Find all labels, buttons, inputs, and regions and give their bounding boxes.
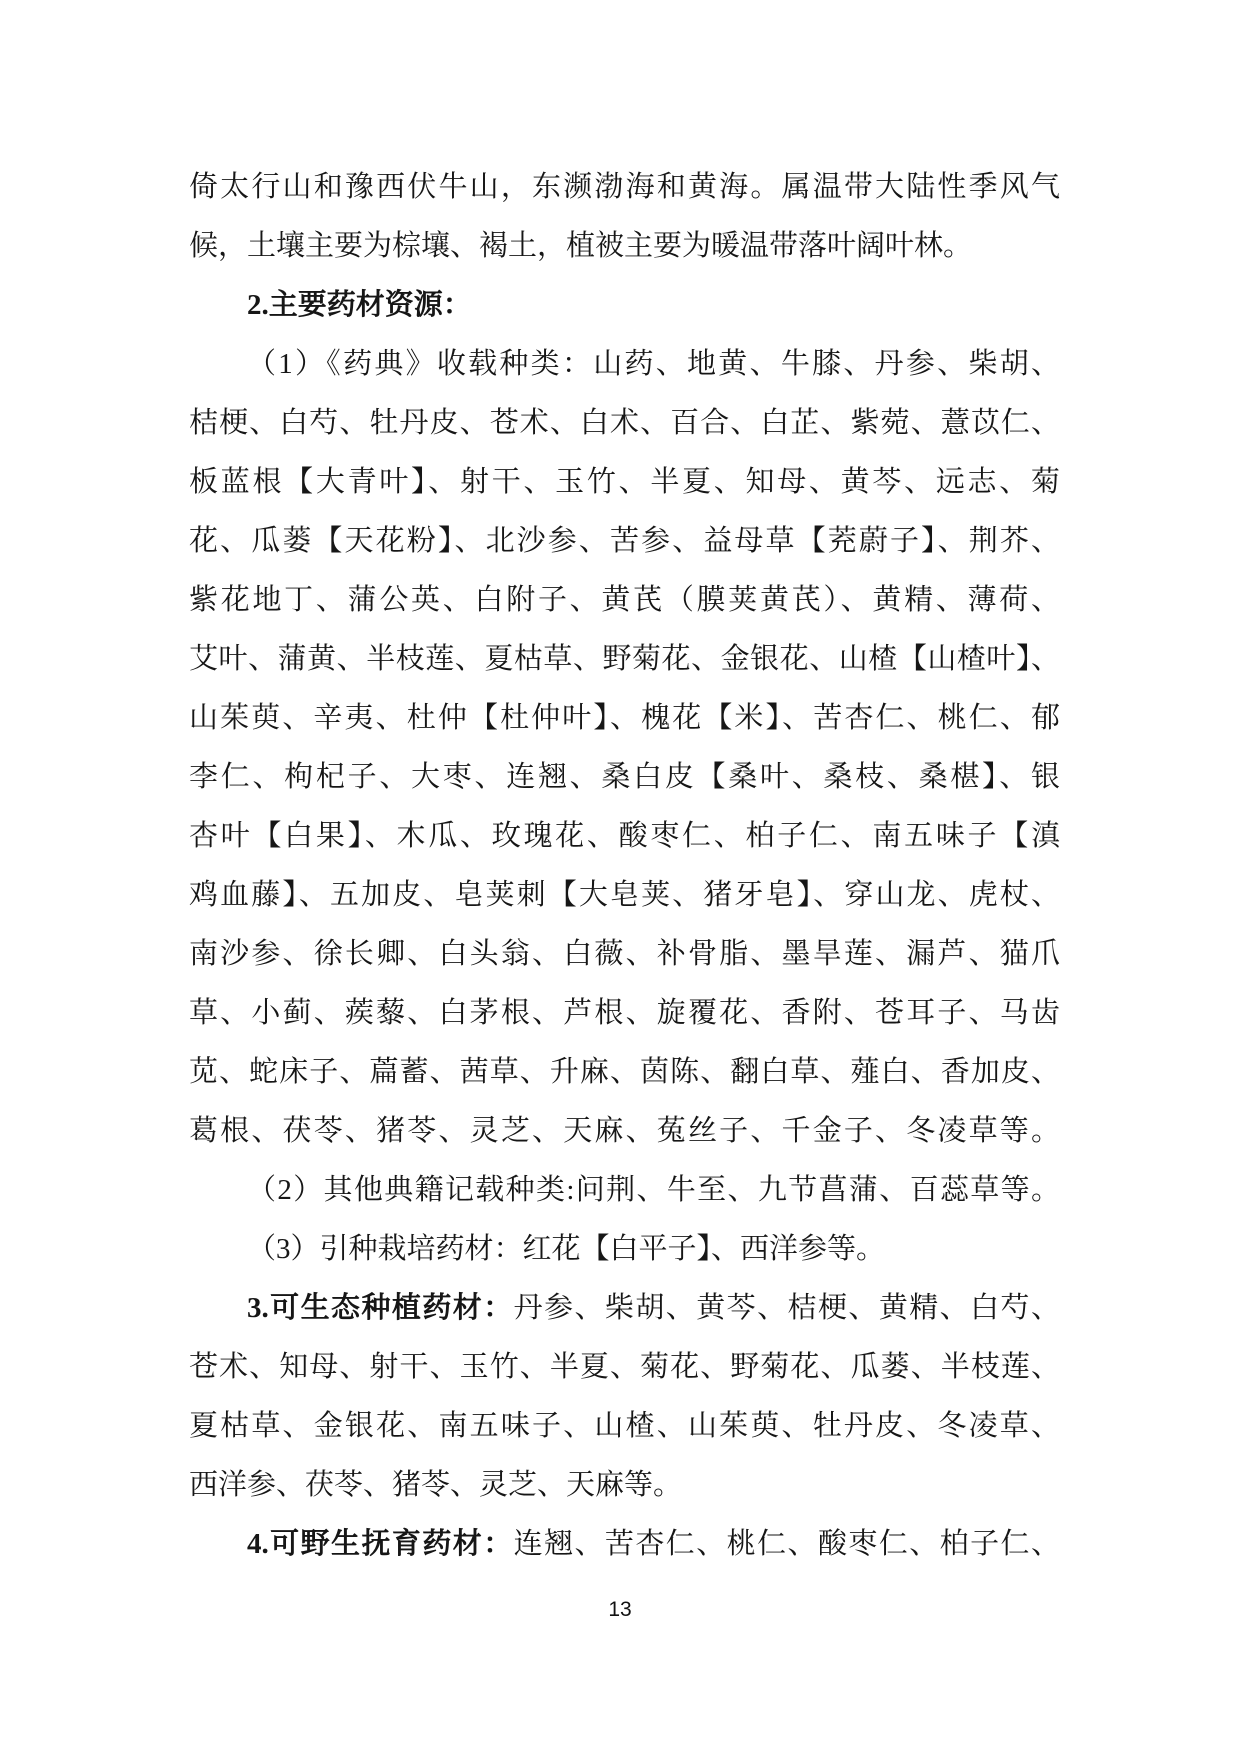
body-text: 草、小蓟、蒺藜、白茅根、芦根、旋覆花、香附、苍耳子、马齿 (189, 997, 1060, 1029)
text-line: 2.主要药材资源： (189, 276, 1060, 335)
text-line: 倚太行山和豫西伏牛山，东濒渤海和黄海。属温带大陆性季风气 (189, 158, 1060, 217)
text-line: 李仁、枸杞子、大枣、连翘、桑白皮【桑叶、桑枝、桑椹】、银 (189, 748, 1060, 807)
body-text: 紫花地丁、蒲公英、白附子、黄芪（膜荚黄芪）、黄精、薄荷、 (189, 584, 1060, 616)
body-text: （2）其他典籍记载种类:问荆、牛至、九节菖蒲、百蕊草等。 (247, 1174, 1060, 1206)
body-text: 南沙参、徐长卿、白头翁、白薇、补骨脂、墨旱莲、漏芦、猫爪 (189, 938, 1060, 970)
body-text: 候，土壤主要为棕壤、褐土，植被主要为暖温带落叶阔叶林。 (189, 230, 972, 262)
text-line: 候，土壤主要为棕壤、褐土，植被主要为暖温带落叶阔叶林。 (189, 217, 1060, 276)
text-line: 杏叶【白果】、木瓜、玫瑰花、酸枣仁、柏子仁、南五味子【滇 (189, 807, 1060, 866)
text-line: 紫花地丁、蒲公英、白附子、黄芪（膜荚黄芪）、黄精、薄荷、 (189, 571, 1060, 630)
text-line: 苍术、知母、射干、玉竹、半夏、菊花、野菊花、瓜蒌、半枝莲、 (189, 1338, 1060, 1397)
body-text: 李仁、枸杞子、大枣、连翘、桑白皮【桑叶、桑枝、桑椹】、银 (189, 761, 1060, 793)
text-line: 4.可野生抚育药材：连翘、苦杏仁、桃仁、酸枣仁、柏子仁、 (189, 1515, 1060, 1574)
body-text: （3）引种栽培药材：红花【白平子】、西洋参等。 (247, 1233, 885, 1265)
text-line: （1）《药典》收载种类：山药、地黄、牛膝、丹参、柴胡、 (189, 335, 1060, 394)
text-line: 花、瓜蒌【天花粉】、北沙参、苦参、益母草【茺蔚子】、荆芥、 (189, 512, 1060, 571)
body-text: 鸡血藤】、五加皮、皂荚刺【大皂荚、猪牙皂】、穿山龙、虎杖、 (189, 879, 1060, 911)
document-body: 倚太行山和豫西伏牛山，东濒渤海和黄海。属温带大陆性季风气候，土壤主要为棕壤、褐土… (189, 158, 1060, 1574)
body-text: 桔梗、白芍、牡丹皮、苍术、白术、百合、白芷、紫菀、薏苡仁、 (189, 407, 1060, 439)
body-text: 苋、蛇床子、萹蓄、茜草、升麻、茵陈、翻白草、薤白、香加皮、 (189, 1056, 1060, 1088)
text-line: 葛根、茯苓、猪苓、灵芝、天麻、菟丝子、千金子、冬凌草等。 (189, 1102, 1060, 1161)
text-line: 艾叶、蒲黄、半枝莲、夏枯草、野菊花、金银花、山楂【山楂叶】、 (189, 630, 1060, 689)
body-text: 葛根、茯苓、猪苓、灵芝、天麻、菟丝子、千金子、冬凌草等。 (189, 1115, 1060, 1147)
heading-text: 4.可野生抚育药材： (247, 1528, 514, 1560)
body-text: 西洋参、茯苓、猪苓、灵芝、天麻等。 (189, 1469, 682, 1501)
text-line: （3）引种栽培药材：红花【白平子】、西洋参等。 (189, 1220, 1060, 1279)
body-text: 连翘、苦杏仁、桃仁、酸枣仁、柏子仁、 (514, 1528, 1060, 1560)
heading-text: 2.主要药材资源： (247, 289, 472, 321)
body-text: 花、瓜蒌【天花粉】、北沙参、苦参、益母草【茺蔚子】、荆芥、 (189, 525, 1060, 557)
text-line: 山茱萸、辛夷、杜仲【杜仲叶】、槐花【米】、苦杏仁、桃仁、郁 (189, 689, 1060, 748)
heading-text: 3.可生态种植药材： (247, 1292, 514, 1324)
text-line: 西洋参、茯苓、猪苓、灵芝、天麻等。 (189, 1456, 1060, 1515)
text-line: 南沙参、徐长卿、白头翁、白薇、补骨脂、墨旱莲、漏芦、猫爪 (189, 925, 1060, 984)
body-text: 艾叶、蒲黄、半枝莲、夏枯草、野菊花、金银花、山楂【山楂叶】、 (189, 643, 1060, 675)
body-text: 板蓝根【大青叶】、射干、玉竹、半夏、知母、黄芩、远志、菊 (189, 466, 1060, 498)
body-text: 夏枯草、金银花、南五味子、山楂、山茱萸、牡丹皮、冬凌草、 (189, 1410, 1060, 1442)
body-text: （1）《药典》收载种类：山药、地黄、牛膝、丹参、柴胡、 (247, 348, 1060, 380)
body-text: 倚太行山和豫西伏牛山，东濒渤海和黄海。属温带大陆性季风气 (189, 171, 1060, 203)
text-line: 夏枯草、金银花、南五味子、山楂、山茱萸、牡丹皮、冬凌草、 (189, 1397, 1060, 1456)
body-text: 杏叶【白果】、木瓜、玫瑰花、酸枣仁、柏子仁、南五味子【滇 (189, 820, 1060, 852)
body-text: 苍术、知母、射干、玉竹、半夏、菊花、野菊花、瓜蒌、半枝莲、 (189, 1351, 1060, 1383)
body-text: 山茱萸、辛夷、杜仲【杜仲叶】、槐花【米】、苦杏仁、桃仁、郁 (189, 702, 1060, 734)
text-line: 草、小蓟、蒺藜、白茅根、芦根、旋覆花、香附、苍耳子、马齿 (189, 984, 1060, 1043)
text-line: 鸡血藤】、五加皮、皂荚刺【大皂荚、猪牙皂】、穿山龙、虎杖、 (189, 866, 1060, 925)
document-page: 倚太行山和豫西伏牛山，东濒渤海和黄海。属温带大陆性季风气候，土壤主要为棕壤、褐土… (0, 0, 1240, 1754)
body-text: 丹参、柴胡、黄芩、桔梗、黄精、白芍、 (514, 1292, 1060, 1324)
text-line: （2）其他典籍记载种类:问荆、牛至、九节菖蒲、百蕊草等。 (189, 1161, 1060, 1220)
text-line: 苋、蛇床子、萹蓄、茜草、升麻、茵陈、翻白草、薤白、香加皮、 (189, 1043, 1060, 1102)
text-line: 板蓝根【大青叶】、射干、玉竹、半夏、知母、黄芩、远志、菊 (189, 453, 1060, 512)
text-line: 3.可生态种植药材：丹参、柴胡、黄芩、桔梗、黄精、白芍、 (189, 1279, 1060, 1338)
page-number: 13 (0, 1597, 1240, 1623)
text-line: 桔梗、白芍、牡丹皮、苍术、白术、百合、白芷、紫菀、薏苡仁、 (189, 394, 1060, 453)
